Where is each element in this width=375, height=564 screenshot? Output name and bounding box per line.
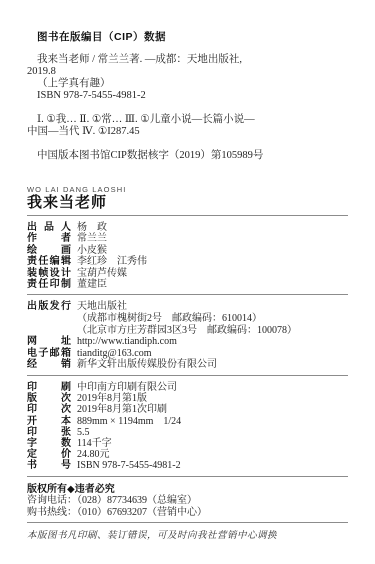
footer-section: 本版图书凡印刷、装订错误，可及时向我社营销中心调换 [27, 523, 348, 542]
printing-label: 印次 [27, 404, 71, 415]
printing-row: 印张5.5 [27, 427, 348, 438]
printing-label: 开本 [27, 416, 71, 427]
cip-line: 我来当老师 / 常兰兰著. —成都：天地出版社, [27, 54, 348, 66]
printing-label: 版次 [27, 393, 71, 404]
printing-value: 中印南方印刷有限公司 [77, 382, 177, 393]
printing-row: 字数114千字 [27, 438, 348, 449]
printing-row: 定价24.80元 [27, 449, 348, 460]
credit-label: 出品人 [27, 222, 71, 233]
printing-row: 印次2019年8月第1次印刷 [27, 404, 348, 415]
credit-value: 常兰兰 [77, 233, 107, 244]
credit-label: 装帧设计 [27, 268, 71, 279]
credit-row: 绘画小皮猴 [27, 245, 348, 256]
publishing-label: 电子邮箱 [27, 348, 71, 360]
copyright-page: 图书在版编目（CIP）数据 我来当老师 / 常兰兰著. —成都：天地出版社, 2… [0, 0, 375, 564]
copyright-notice: 版权所有◆违者必究 [27, 484, 348, 496]
publishing-row: （成都市槐树街2号 邮政编码：610014） [27, 313, 348, 325]
book-title-pinyin: WO LAI DANG LAOSHI [27, 185, 348, 194]
printing-label: 印张 [27, 427, 71, 438]
price-value: 24.80元 [77, 449, 110, 460]
book-title: 我来当老师 [27, 194, 348, 212]
publishing-row: 网址http://www.tiandiph.com [27, 336, 348, 348]
credit-label: 绘画 [27, 245, 71, 256]
printing-row: 印刷中印南方印刷有限公司 [27, 382, 348, 393]
spacer [27, 102, 348, 114]
printing-row: 开本889mm × 1194mm 1/24 [27, 416, 348, 427]
printing-value: 114千字 [77, 438, 112, 449]
publisher-website: http://www.tiandiph.com [77, 336, 177, 348]
cip-line: Ⅰ. ①我… Ⅱ. ①常… Ⅲ. ①儿童小说—长篇小说— [27, 114, 348, 126]
distributor-name: 新华文轩出版传媒股份有限公司 [77, 359, 217, 371]
printing-value: 5.5 [77, 427, 90, 438]
credit-row: 装帧设计宝葫芦传媒 [27, 268, 348, 279]
publishing-row: 经销新华文轩出版传媒股份有限公司 [27, 359, 348, 371]
title-block: WO LAI DANG LAOSHI 我来当老师 [27, 185, 348, 212]
printing-section: 印刷中印南方印刷有限公司 版次2019年8月第1版 印次2019年8月第1次印刷… [27, 376, 348, 472]
credit-row: 责任印制董建臣 [27, 279, 348, 290]
credit-value: 李红珍 江秀伟 [77, 256, 147, 267]
credit-row: 责任编辑李红珍 江秀伟 [27, 256, 348, 267]
credit-value: 宝葫芦传媒 [77, 268, 127, 279]
credit-row: 作者常兰兰 [27, 233, 348, 244]
printing-row: 版次2019年8月第1版 [27, 393, 348, 404]
credit-label: 作者 [27, 233, 71, 244]
publishing-label: 出版发行 [27, 301, 71, 313]
printing-value: 2019年8月第1次印刷 [77, 404, 167, 415]
publisher-name: 天地出版社 [77, 301, 127, 313]
cip-line: 中国—当代 Ⅳ. ①I287.45 [27, 126, 348, 138]
credit-value: 小皮猴 [77, 245, 107, 256]
printing-label: 印刷 [27, 382, 71, 393]
printing-label: 字数 [27, 438, 71, 449]
cip-record-number: 中国版本图书馆CIP数据核字（2019）第105989号 [27, 150, 348, 162]
printing-row: 书号ISBN 978-7-5455-4981-2 [27, 460, 348, 471]
publisher-email: tianditg@163.com [77, 348, 151, 360]
cip-line: （上学真有趣） [27, 78, 348, 90]
credit-label: 责任编辑 [27, 256, 71, 267]
publishing-row: 电子邮箱tianditg@163.com [27, 348, 348, 360]
printing-label: 书号 [27, 460, 71, 471]
cip-header: 图书在版编目（CIP）数据 [27, 31, 348, 43]
defect-exchange-note: 本版图书凡印刷、装订错误，可及时向我社营销中心调换 [27, 530, 348, 542]
isbn-value: ISBN 978-7-5455-4981-2 [77, 460, 181, 471]
credit-value: 杨 政 [77, 222, 107, 233]
consult-phone-line: 咨询电话：（028）87734639（总编室） [27, 495, 348, 507]
spacer [27, 138, 348, 150]
copyright-section: 版权所有◆违者必究 咨询电话：（028）87734639（总编室） 购书热线：（… [27, 477, 348, 519]
cip-body: 我来当老师 / 常兰兰著. —成都：天地出版社, 2019.8 （上学真有趣） … [27, 54, 348, 162]
credit-row: 出品人杨 政 [27, 222, 348, 233]
publishing-section: 出版发行天地出版社 （成都市槐树街2号 邮政编码：610014） （北京市方庄芳… [27, 295, 348, 371]
publishing-row: （北京市方庄芳群园3区3号 邮政编码：100078） [27, 325, 348, 337]
printing-value: 889mm × 1194mm 1/24 [77, 416, 181, 427]
cip-line: ISBN 978-7-5455-4981-2 [27, 90, 348, 102]
cip-line: 2019.8 [27, 66, 348, 78]
credit-label: 责任印制 [27, 279, 71, 290]
publisher-address: （成都市槐树街2号 邮政编码：610014） [77, 313, 262, 325]
order-hotline-line: 购书热线：（010）67693207（营销中心） [27, 507, 348, 519]
publishing-label: 经销 [27, 359, 71, 371]
credit-value: 董建臣 [77, 279, 107, 290]
printing-label: 定价 [27, 449, 71, 460]
publishing-row: 出版发行天地出版社 [27, 301, 348, 313]
credits-section: 出品人杨 政 作者常兰兰 绘画小皮猴 责任编辑李红珍 江秀伟 装帧设计宝葫芦传媒… [27, 216, 348, 290]
publishing-label: 网址 [27, 336, 71, 348]
publisher-address: （北京市方庄芳群园3区3号 邮政编码：100078） [77, 325, 297, 337]
printing-value: 2019年8月第1版 [77, 393, 147, 404]
